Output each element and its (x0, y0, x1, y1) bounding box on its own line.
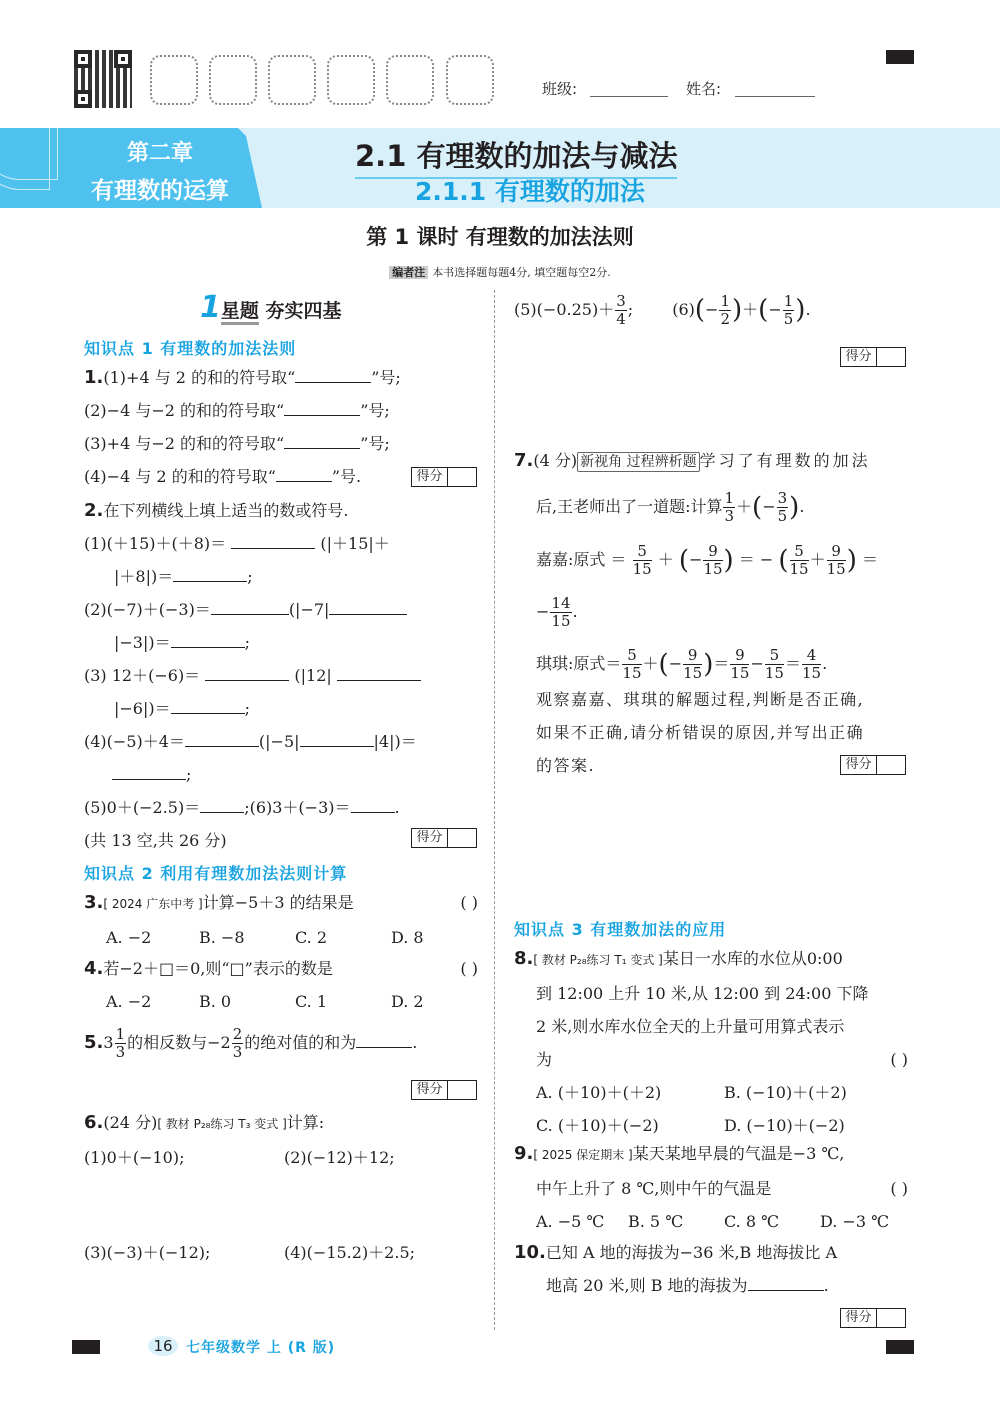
q1-part3: (3)+4 与−2 的和的符号取“ (84, 434, 284, 453)
question-stem: 若−2＋□＝0,则“□”表示的数是 (103, 959, 332, 978)
q2-line: (|＋15|＋ (320, 534, 389, 553)
option-d[interactable]: D. −3 ℃ (820, 1205, 889, 1238)
question-number: 7. (514, 450, 533, 471)
q2-line: (4)(−5)＋4＝ (84, 732, 185, 751)
question-6: 6.(24 分)[ 教材 P₂₈练习 T₃ 变式 ]计算: (1)0＋(−10)… (84, 1106, 395, 1174)
option-b[interactable]: B. −8 (199, 921, 295, 954)
q2-semi: ; (247, 567, 252, 586)
answer-blank[interactable] (171, 696, 245, 714)
fraction: 13 (115, 1026, 127, 1061)
jiajia-solution-label: 嘉嘉:原式 (536, 550, 605, 569)
question-number: 2. (84, 500, 103, 521)
question-number: 1. (84, 367, 103, 388)
question-8: 8.[ 教材 P₂₈练习 T₁ 变式 ]某日一水库的水位从0:00 到 12:0… (514, 942, 908, 1142)
question-number: 9. (514, 1143, 533, 1164)
answer-blank[interactable] (112, 762, 186, 780)
option-a[interactable]: A. −2 (106, 921, 199, 954)
option-b[interactable]: B. (−10)＋(＋2) (724, 1076, 847, 1109)
question-number: 6. (84, 1112, 103, 1133)
column-divider (494, 290, 495, 1330)
question-9: 9.[ 2025 保定期末 ]某天某地早晨的气温是−3 ℃, 中午上升了 8 ℃… (514, 1137, 908, 1238)
star-label: 星题 (221, 300, 259, 325)
editor-note-label: 编者注 (389, 266, 428, 279)
question-type-badge: 新视角 过程辨析题 (577, 452, 699, 472)
section-heading: 1星题 夯实四基 (200, 290, 342, 325)
ask-line: 如果不正确,请分析错误的原因,并写出正确 (536, 716, 864, 749)
qiqi-solution-label: 琪琪:原式 (536, 654, 605, 673)
answer-box-4[interactable] (327, 55, 375, 105)
q1-part1-end: ”号; (371, 368, 401, 387)
knowledge-point-1: 知识点 1 有理数的加法法则 (84, 336, 296, 359)
question-stem: 某日一水库的水位从0:00 (663, 949, 843, 968)
option-c[interactable]: C. 2 (295, 921, 391, 954)
question-stem: 到 12:00 上升 10 米,从 12:00 到 24:00 下降 (514, 977, 908, 1010)
score-label: 得分 (412, 468, 448, 486)
answer-blank[interactable] (173, 564, 247, 582)
score-label: 得分 (841, 756, 877, 774)
subsection-title: 2.1.1 有理数的加法 (415, 172, 645, 208)
book-title: 七年级数学 上 (R 版) (186, 1337, 335, 1357)
option-b[interactable]: B. 5 ℃ (628, 1205, 724, 1238)
question-stem: 学习了有理数的加法 (700, 451, 871, 470)
option-b[interactable]: B. 0 (199, 985, 295, 1018)
answer-blank[interactable] (205, 663, 289, 681)
q6-part3: (3)(−3)＋(−12); (84, 1236, 284, 1269)
question-stem: 在下列横线上填上适当的数或符号. (103, 501, 348, 520)
q2-line: |＋8|)＝ (114, 567, 173, 586)
registration-mark (886, 1340, 914, 1354)
question-1: 1.(1)+4 与 2 的和的符号取“”号; (2)−4 与−2 的和的符号取“… (84, 361, 401, 493)
question-stem: 某天某地早晨的气温是−3 ℃, (633, 1144, 845, 1163)
question-number: 4. (84, 958, 103, 979)
q5-dot: . (412, 1033, 417, 1052)
answer-paren[interactable]: ( ) (890, 1172, 908, 1205)
question-6-row2: (3)(−3)＋(−12);(4)(−15.2)＋2.5; (84, 1236, 415, 1269)
q6-part4: (4)(−15.2)＋2.5; (284, 1236, 415, 1269)
answer-box-1[interactable] (150, 55, 198, 105)
answer-blank[interactable] (300, 729, 374, 747)
fraction: 34 (615, 293, 627, 328)
score-box[interactable]: 得分 (840, 347, 906, 367)
q2-semi: ; (245, 633, 250, 652)
q2-semi: ; (245, 699, 250, 718)
editor-note-text: 本书选择题每题4分, 填空题每空2分. (432, 266, 611, 279)
answer-box-6[interactable] (446, 55, 494, 105)
source-tag: [ 2024 广东中考 ] (103, 897, 202, 911)
registration-mark (72, 1340, 100, 1354)
score-label: 得分 (841, 1309, 877, 1327)
answer-blank[interactable] (231, 531, 315, 549)
fraction: 15 (783, 293, 795, 328)
q10-dot: . (824, 1276, 829, 1295)
q2-total: (共 13 空,共 26 分) (84, 831, 227, 850)
answer-box-2[interactable] (209, 55, 257, 105)
score-box[interactable]: 得分 (840, 755, 906, 775)
answer-blank[interactable] (185, 729, 259, 747)
q5-int: 3 (103, 1033, 113, 1052)
answer-blank[interactable] (748, 1273, 824, 1291)
q2-line: ;(6)3＋(−3)＝ (244, 798, 350, 817)
question-2: 2.在下列横线上填上适当的数或符号. (1)(＋15)＋(＋8)＝ (|＋15|… (84, 494, 421, 857)
answer-blank[interactable] (295, 365, 371, 383)
answer-blank[interactable] (356, 1030, 412, 1048)
question-10: 10.已知 A 地的海拔为−36 米,B 地海拔比 A 地高 20 米,则 B … (514, 1236, 837, 1302)
option-d[interactable]: D. 2 (391, 985, 424, 1018)
question-3: 3.[ 2024 广东中考 ]计算−5＋3 的结果是( ) A. −2B. −8… (84, 886, 478, 954)
answer-blank[interactable] (200, 795, 244, 813)
question-stem: 计算−5＋3 的结果是 (203, 893, 354, 912)
question-5: 5.313的相反数与−223的绝对值的和为. (84, 1026, 417, 1061)
question-6-row3: (5)(−0.25)＋34; (6)(−12)＋(−15). (514, 293, 811, 328)
question-stem: 后,王老师出了一道题:计算 (536, 497, 722, 516)
question-7: 7.(4 分)新视角 过程辨析题学习了有理数的加法 后,王老师出了一道题:计算1… (514, 438, 878, 694)
source-tag: [ 教材 P₂₈练习 T₁ 变式 ] (533, 953, 662, 967)
score-box[interactable]: 得分 (411, 828, 477, 848)
ask-line: 观察嘉嘉、琪琪的解题过程,判断是否正确, (536, 683, 864, 716)
option-c[interactable]: C. 1 (295, 985, 391, 1018)
answer-blank[interactable] (211, 597, 289, 615)
q6-part6: (6) (672, 300, 695, 319)
q6-part2: (2)(−12)＋12; (284, 1141, 395, 1174)
name-field[interactable] (735, 96, 815, 97)
q6-semi: ; (628, 300, 633, 319)
question-stem: 计算: (287, 1113, 324, 1132)
ask-line: 的答案. (536, 749, 864, 782)
answer-blank[interactable] (276, 464, 332, 482)
q2-line: |4|)＝ (374, 732, 417, 751)
points: (24 分) (103, 1113, 157, 1132)
class-field[interactable] (590, 96, 668, 97)
fraction: 23 (232, 1026, 244, 1061)
answer-paren[interactable]: ( ) (460, 886, 478, 921)
question-stem: 已知 A 地的海拔为−36 米,B 地海拔比 A (546, 1243, 837, 1262)
q5-text: 的绝对值的和为 (244, 1033, 356, 1052)
score-box[interactable]: 得分 (840, 1308, 906, 1328)
option-a[interactable]: A. (＋10)＋(＋2) (536, 1076, 724, 1109)
q6-part1: (1)0＋(−10); (84, 1141, 284, 1174)
q2-semi: ; (186, 765, 191, 784)
q2-line: (|−5| (259, 732, 300, 751)
knowledge-point-3: 知识点 3 有理数加法的应用 (514, 917, 726, 940)
question-stem: 2 米,则水库水位全天的上升量可用算式表示 (514, 1010, 908, 1043)
qr-code (74, 50, 132, 108)
score-label: 得分 (412, 1081, 448, 1099)
q1-part4-end: ”号. (332, 467, 361, 486)
question-7-ask: 观察嘉嘉、琪琪的解题过程,判断是否正确, 如果不正确,请分析错误的原因,并写出正… (536, 683, 864, 782)
editor-note: 编者注本书选择题每题4分, 填空题每空2分. (0, 264, 1000, 280)
q2-line: (|−7| (289, 600, 330, 619)
question-number: 8. (514, 948, 533, 969)
q2-line: (|12| (294, 666, 331, 685)
source-tag: [ 教材 P₂₈练习 T₃ 变式 ] (157, 1117, 286, 1131)
lesson-title: 第 1 课时 有理数的加法法则 (0, 221, 1000, 251)
answer-blank[interactable] (171, 630, 245, 648)
chapter-tab: 第二章 有理数的运算 (0, 128, 262, 208)
answer-paren[interactable]: ( ) (460, 952, 478, 985)
q2-line: |−3|)＝ (114, 633, 171, 652)
answer-blank[interactable] (284, 431, 360, 449)
option-c[interactable]: C. 8 ℃ (724, 1205, 820, 1238)
star-number: 1 (200, 290, 221, 325)
name-label: 姓名: (686, 78, 721, 99)
q2-line: (5)0＋(−2.5)＝ (84, 798, 200, 817)
registration-mark (886, 50, 914, 64)
answer-box-5[interactable] (386, 55, 434, 105)
q2-line: (2)(−7)＋(−3)＝ (84, 600, 211, 619)
q2-line: (3) 12＋(−6)＝ (84, 666, 200, 685)
answer-blank[interactable] (329, 597, 407, 615)
q2-line: |−6|)＝ (114, 699, 171, 718)
score-label: 得分 (841, 348, 877, 366)
answer-blank[interactable] (351, 795, 395, 813)
class-label: 班级: (542, 78, 577, 99)
fraction: 12 (719, 293, 731, 328)
q6-part5: (5)(−0.25)＋ (514, 300, 614, 319)
q1-part2: (2)−4 与−2 的和的符号取“ (84, 401, 284, 420)
q2-line: (1)(＋15)＋(＋8)＝ (84, 534, 226, 553)
question-stem: 为 (536, 1043, 552, 1076)
q1-part4: (4)−4 与 2 的和的符号取“ (84, 467, 276, 486)
q1-part2-end: ”号; (360, 401, 390, 420)
answer-paren[interactable]: ( ) (890, 1043, 908, 1076)
q5-text: 的相反数与−2 (127, 1033, 231, 1052)
question-stem: 地高 20 米,则 B 地的海拔为 (546, 1276, 748, 1295)
option-d[interactable]: D. 8 (391, 921, 424, 954)
question-4: 4.若−2＋□＝0,则“□”表示的数是( ) A. −2B. 0C. 1D. 2 (84, 952, 478, 1018)
score-label: 得分 (412, 829, 448, 847)
chapter-number: 第二章 (60, 136, 260, 167)
question-stem: 中午上升了 8 ℃,则中午的气温是 (536, 1172, 771, 1205)
chapter-title: 有理数的运算 (60, 172, 260, 205)
score-box[interactable]: 得分 (411, 467, 477, 487)
question-number: 10. (514, 1242, 546, 1263)
answer-box-3[interactable] (268, 55, 316, 105)
source-tag: [ 2025 保定期末 ] (533, 1148, 632, 1162)
q1-part1: (1)+4 与 2 的和的符号取“ (103, 368, 295, 387)
knowledge-point-2: 知识点 2 利用有理数加法法则计算 (84, 861, 347, 884)
points: (4 分) (533, 451, 577, 470)
option-a[interactable]: A. −5 ℃ (536, 1205, 628, 1238)
option-a[interactable]: A. −2 (106, 985, 199, 1018)
q1-part3-end: ”号; (360, 434, 390, 453)
question-number: 5. (84, 1032, 103, 1053)
answer-blank[interactable] (337, 663, 421, 681)
page-number: 16 (148, 1336, 178, 1356)
q2-dot: . (395, 798, 400, 817)
score-box[interactable]: 得分 (411, 1080, 477, 1100)
answer-blank[interactable] (284, 398, 360, 416)
section-suffix: 夯实四基 (266, 300, 342, 322)
question-number: 3. (84, 892, 103, 913)
